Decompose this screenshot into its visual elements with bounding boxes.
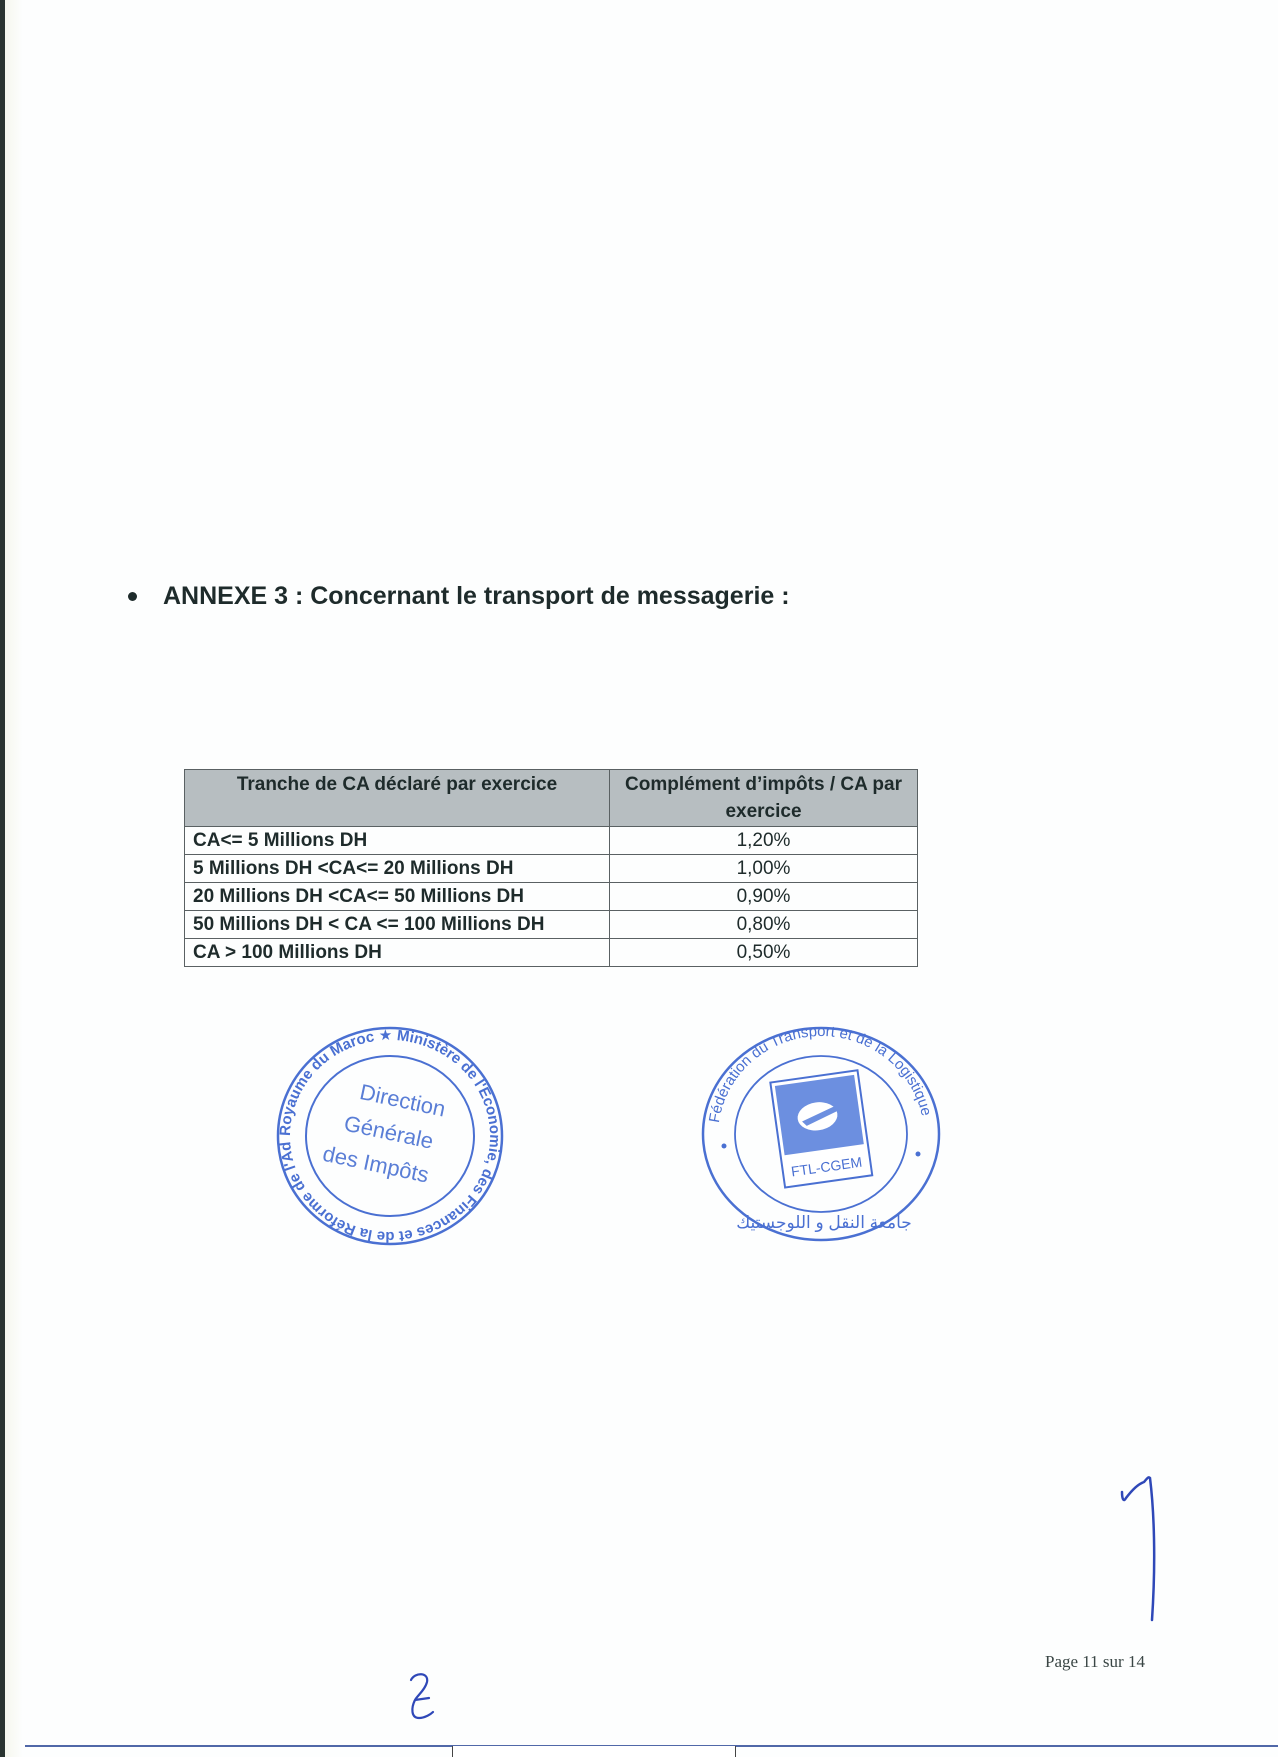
table-row: 5 Millions DH <CA<= 20 Millions DH 1,00% bbox=[185, 855, 918, 883]
table-header-row: Tranche de CA déclaré par exercice Compl… bbox=[185, 770, 918, 827]
rate-cell: 0,50% bbox=[610, 939, 918, 967]
rate-cell: 1,00% bbox=[610, 855, 918, 883]
bullet-icon bbox=[128, 592, 137, 601]
scan-left-shadow bbox=[5, 0, 23, 1757]
range-cell: 5 Millions DH <CA<= 20 Millions DH bbox=[185, 855, 610, 883]
table-row: CA > 100 Millions DH 0,50% bbox=[185, 939, 918, 967]
rate-cell: 0,80% bbox=[610, 911, 918, 939]
table-row: 20 Millions DH <CA<= 50 Millions DH 0,90… bbox=[185, 883, 918, 911]
column-header-rate: Complément d’impôts / CA par exercice bbox=[610, 770, 918, 827]
annex-heading-text: ANNEXE 3 : Concernant le transport de me… bbox=[163, 582, 790, 611]
signature-mark bbox=[1110, 1470, 1170, 1630]
table-row: CA<= 5 Millions DH 1,20% bbox=[185, 827, 918, 855]
column-header-range: Tranche de CA déclaré par exercice bbox=[185, 770, 610, 827]
scan-bottom-tab bbox=[452, 1746, 736, 1757]
ftl-stamp: Fédération du Transport et de la Logisti… bbox=[696, 1016, 946, 1251]
table-row: 50 Millions DH < CA <= 100 Millions DH 0… bbox=[185, 911, 918, 939]
dgi-stamp: Royaume du Maroc ★ Ministère de l'Econom… bbox=[270, 1018, 510, 1253]
annex-heading: ANNEXE 3 : Concernant le transport de me… bbox=[128, 582, 790, 611]
ftl-stamp-arabic-text: جامعة النقل و اللوجستيك bbox=[736, 1213, 912, 1232]
ftl-stamp-graphic: Fédération du Transport et de la Logisti… bbox=[696, 1016, 946, 1246]
range-cell: 50 Millions DH < CA <= 100 Millions DH bbox=[185, 911, 610, 939]
range-cell: CA > 100 Millions DH bbox=[185, 939, 610, 967]
range-cell: 20 Millions DH <CA<= 50 Millions DH bbox=[185, 883, 610, 911]
rate-cell: 0,90% bbox=[610, 883, 918, 911]
range-cell: CA<= 5 Millions DH bbox=[185, 827, 610, 855]
rate-cell: 1,20% bbox=[610, 827, 918, 855]
handwritten-initial bbox=[405, 1670, 445, 1729]
ftl-logo-icon: FTL-CGEM bbox=[770, 1070, 872, 1187]
dgi-stamp-graphic: Royaume du Maroc ★ Ministère de l'Econom… bbox=[270, 1018, 510, 1248]
tax-rate-table: Tranche de CA déclaré par exercice Compl… bbox=[184, 769, 918, 967]
initial-mark bbox=[405, 1670, 445, 1724]
signature bbox=[1110, 1470, 1170, 1635]
page-number: Page 11 sur 14 bbox=[1045, 1652, 1145, 1672]
